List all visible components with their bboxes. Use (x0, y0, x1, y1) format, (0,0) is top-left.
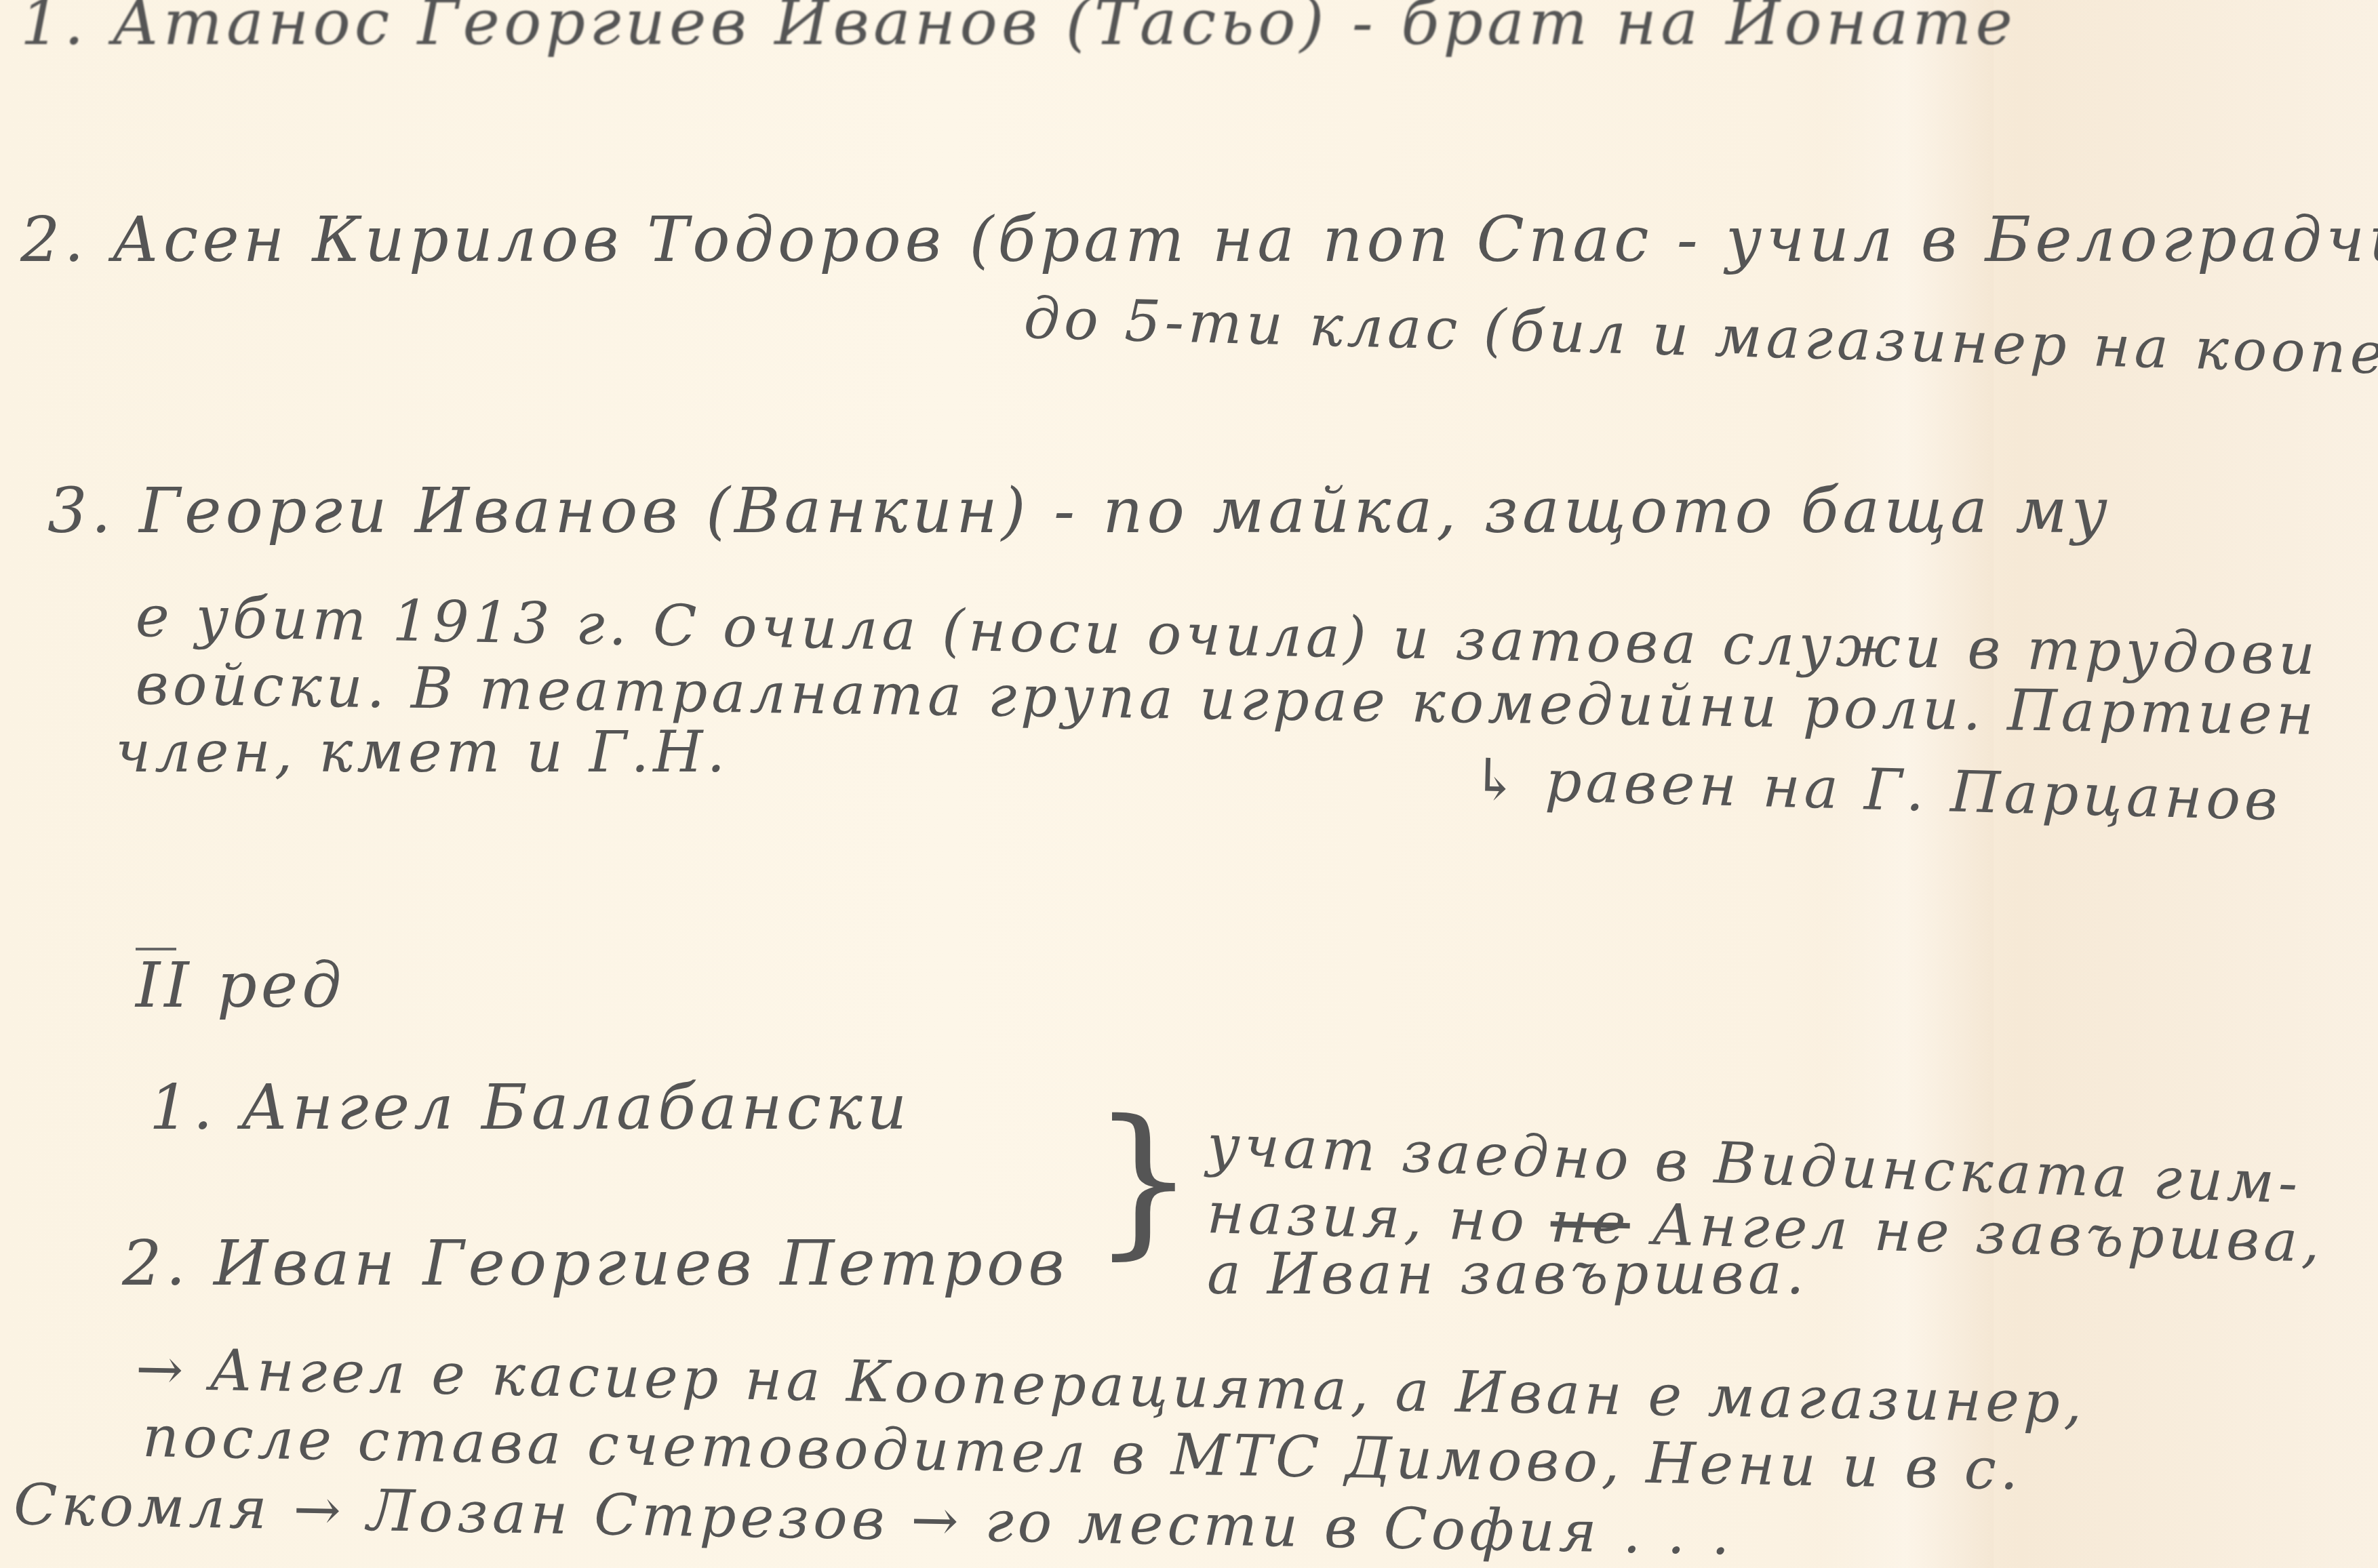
item-3-line-1: 3. Георги Иванов (Ванкин) - по майка, за… (47, 475, 2112, 547)
item-text: член, кмет и Г.Н. (115, 719, 729, 785)
item-2-line-2: до 5-ти клас (бил и магазинер на коопера… (1023, 285, 2378, 395)
curly-brace-icon: } (1092, 1098, 1195, 1261)
item-number: 3. (47, 475, 115, 547)
heading-text: II ред (136, 949, 346, 1022)
item-1: 1. Атанос Георгиев Иванов (Тасьо) - брат… (20, 0, 2017, 59)
handwritten-page: 1. Атанос Георгиев Иванов (Тасьо) - брат… (0, 0, 2378, 1568)
item-3-line-4: член, кмет и Г.Н. (115, 719, 729, 785)
item-3-note: ↳ равен на Г. Парцанов (1471, 746, 2282, 833)
item-text: Асен Кирилов Тодоров (брат на поп Спас -… (112, 203, 2378, 276)
item-2-line-1: 2. Асен Кирилов Тодоров (брат на поп Спа… (20, 203, 2378, 276)
note-text: ↳ равен на Г. Парцанов (1471, 746, 2282, 833)
item-text: Атанос Георгиев Иванов (Тасьо) - брат на… (112, 0, 2017, 59)
item-number: 1. (20, 0, 88, 59)
item-text: Георги Иванов (Ванкин) - по майка, защот… (139, 475, 2112, 547)
item-number: 2. (20, 203, 88, 276)
heading-overline (136, 948, 176, 950)
section-2-heading: II ред (136, 949, 346, 1022)
item-number: 2. (122, 1227, 190, 1300)
bracket-note-line-3: а Иван завършва. (1207, 1241, 1808, 1307)
item-text: до 5-ти клас (бил и магазинер на коопера… (1023, 285, 2378, 395)
section-2-item-1: 1. Ангел Балабански (149, 1071, 911, 1144)
item-text: Иван Георгиев Петров (214, 1227, 1069, 1300)
section-2-item-2: 2. Иван Георгиев Петров (122, 1227, 1069, 1300)
note-text: а Иван завършва. (1207, 1241, 1808, 1307)
item-text: Ангел Балабански (241, 1071, 911, 1144)
item-number: 1. (149, 1071, 217, 1144)
